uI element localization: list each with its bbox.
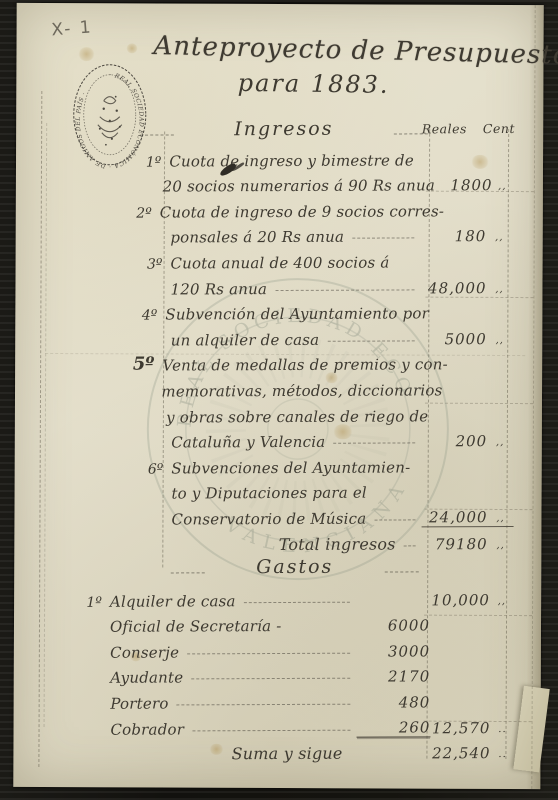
amount-column-headers: Reales Cent xyxy=(422,121,515,136)
item-number: 6º xyxy=(133,461,171,477)
item-text: un alquiler de casa xyxy=(171,331,320,350)
item-number: 1º xyxy=(76,594,110,610)
item-number: 2º xyxy=(132,205,160,221)
ledger-row: 120 Rs anua 48,000 ,, xyxy=(132,271,512,298)
archival-mark: X- 1 xyxy=(51,17,94,40)
scanned-manuscript-page: REAL SOCIEDAD ECONÓMICA VALENCIANA X- 1 … xyxy=(0,0,558,800)
amount-partial: 480 xyxy=(356,693,430,711)
amount-cents: .. xyxy=(491,749,515,762)
ledger-row: 1º Cuota de ingreso y bimestre de xyxy=(132,143,512,170)
currency-column-header: Reales xyxy=(422,121,467,136)
ledger-row: to y Diputaciones para el xyxy=(133,476,513,503)
amount-reales: 10,000 xyxy=(430,591,490,609)
amount-cents xyxy=(490,658,514,660)
item-text: Subvenciones del Ayuntamien- xyxy=(171,458,410,477)
ledger-row: un alquiler de casa 5000 ,, xyxy=(133,322,513,349)
item-number: 4º xyxy=(133,308,166,324)
item-number: 3º xyxy=(132,256,170,272)
item-text: 20 socios numerarios á 90 Rs anua xyxy=(163,177,435,196)
ledger-row: Cataluña y Valencia 200 ,, xyxy=(133,425,513,452)
ledger-row: Oficial de Secretaría - 6000 xyxy=(76,609,514,637)
amount-cents: ,, xyxy=(486,232,512,245)
item-text: Cuota de ingreso y bimestre de xyxy=(169,151,414,170)
ledger-row: 5º Venta de medallas de premios y con- xyxy=(133,348,513,375)
amount-reales: 24,000 xyxy=(421,508,487,527)
amount-cents: ,, xyxy=(493,181,513,194)
ledger-row: 2º Cuota de ingreso de 9 socios corres- xyxy=(132,194,512,221)
ledger-row: 20 socios numerarios á 90 Rs anua 1800 ,… xyxy=(132,169,512,196)
ledger-row: Portero 480 xyxy=(76,685,514,713)
cents-column-header: Cent xyxy=(483,121,515,136)
amount-cents: ,, xyxy=(488,513,514,527)
amount-reales: 12,570 xyxy=(430,719,490,737)
item-text: Cuota de ingreso de 9 socios corres- xyxy=(160,202,444,221)
item-text: 120 Rs anua xyxy=(170,280,267,298)
amount-reales: 48,000 xyxy=(420,279,486,297)
amount-cents xyxy=(490,683,514,685)
amount-partial: 6000 xyxy=(356,617,430,635)
amount-reales: 5000 xyxy=(421,330,487,348)
ledger-row: ponsales á 20 Rs anua 180 ,, xyxy=(132,220,512,247)
manuscript-content: X- 1 · REAL SOCIEDAD ECONÓMICA · DE AMIG… xyxy=(13,3,543,789)
gastos-heading: Gastos xyxy=(215,556,375,583)
item-text: Alquiler de casa xyxy=(110,592,236,611)
amount-reales: 22,540 xyxy=(431,744,491,762)
ledger-row: 4º Subvención del Ayuntamiento por xyxy=(133,297,513,324)
amount-reales: 1800 xyxy=(443,176,493,194)
ledger-row: Cobrador 260 12,570 .. xyxy=(76,711,514,739)
amount-cents: ,, xyxy=(487,437,513,450)
amount-cents: ,, xyxy=(488,539,514,552)
paper-sheet: REAL SOCIEDAD ECONÓMICA VALENCIANA X- 1 … xyxy=(13,3,543,789)
gastos-section: Gastos 1º Alquiler de casa 10,000 ,, xyxy=(76,555,515,764)
ledger-row: Conserje 3000 xyxy=(76,634,514,662)
ledger-row: 3º Cuota anual de 400 socios á xyxy=(132,245,512,272)
amount-cents: ,, xyxy=(490,596,514,609)
item-text: Subvención del Ayuntamiento por xyxy=(165,304,429,323)
ledger-row: Total ingresos 79180 ,, xyxy=(134,527,514,554)
ledger-row: Ayudante 2170 xyxy=(76,660,514,688)
item-text: Cobrador xyxy=(110,720,184,738)
gastos-ledger: 1º Alquiler de casa 10,000 ,, Oficial de… xyxy=(76,583,515,764)
document-title-line2: para 1883. xyxy=(183,68,443,99)
amount-cents xyxy=(490,709,514,711)
item-text: Cataluña y Valencia xyxy=(171,433,325,452)
amount-reales: 79180 xyxy=(422,535,488,553)
ingresos-ledger: 1º Cuota de ingreso y bimestre de 20 soc… xyxy=(132,143,514,554)
document-title-line1: Anteproyecto de Presupuestos xyxy=(153,31,554,70)
ledger-row: memorativas, métodos, diccionarios xyxy=(133,373,513,400)
item-text: Suma y sigue xyxy=(232,744,343,763)
item-text: Portero xyxy=(110,694,168,712)
item-text: to y Diputaciones para el xyxy=(171,484,367,503)
item-text: ponsales á 20 Rs anua xyxy=(170,228,344,247)
item-text: Ayudante xyxy=(110,669,183,687)
item-text: Total ingresos xyxy=(279,534,396,554)
ledger-row: 6º Subvenciones del Ayuntamien- xyxy=(133,450,513,477)
ledger-row: Suma y sigue 22,540 .. xyxy=(76,737,514,765)
item-text: Venta de medallas de premios y con- xyxy=(162,356,448,375)
amount-partial: 2170 xyxy=(356,668,430,686)
ledger-row: Conservatorio de Música 24,000 ,, xyxy=(133,501,513,528)
item-text: Cuota anual de 400 socios á xyxy=(170,253,389,272)
amount-partial: 260 xyxy=(356,718,430,737)
ledger-row: y obras sobre canales de riego de xyxy=(133,399,513,426)
item-text: memorativas, métodos, diccionarios xyxy=(161,381,442,400)
amount-cents: ,, xyxy=(487,284,513,297)
item-number: 5º xyxy=(133,354,163,375)
item-number: 1º xyxy=(132,154,169,170)
amount-cents: .. xyxy=(490,724,514,737)
amount-partial: 3000 xyxy=(356,642,430,660)
ingresos-heading: Ingresos xyxy=(184,118,384,145)
amount-cents xyxy=(490,632,514,634)
amount-cents: ,, xyxy=(487,335,513,348)
item-text: Conserje xyxy=(110,643,179,661)
item-text: Conservatorio de Música xyxy=(171,510,366,529)
item-text: Oficial de Secretaría - xyxy=(110,617,282,636)
item-text: y obras sobre canales de riego de xyxy=(166,407,428,426)
amount-reales: 180 xyxy=(420,227,486,245)
amount-reales: 200 xyxy=(421,432,487,450)
ledger-row: 1º Alquiler de casa 10,000 ,, xyxy=(76,583,514,611)
